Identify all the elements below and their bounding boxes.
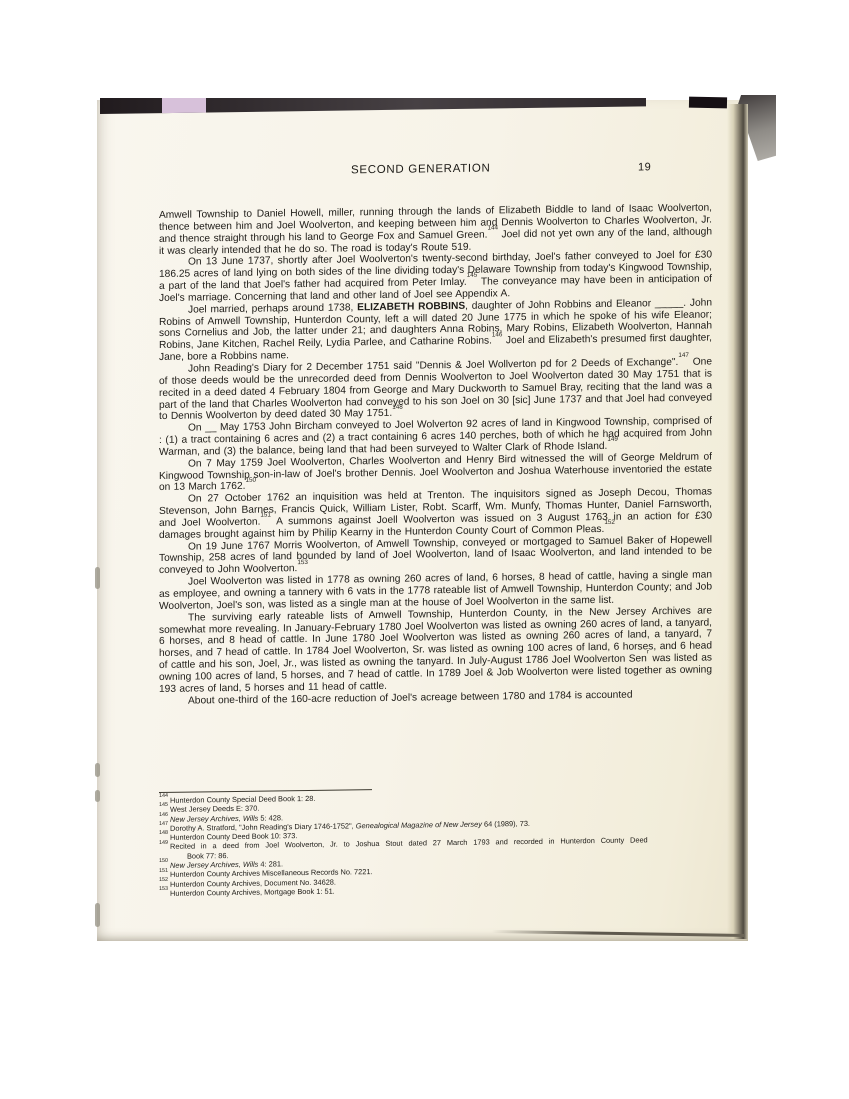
text-run: Genealogical Magazine of New Jersey <box>356 819 482 830</box>
superscript-footnote-ref: r <box>647 649 649 656</box>
body-paragraph: Joel married, perhaps around 1738, ELIZA… <box>159 297 712 364</box>
superscript-footnote-ref: 146 <box>492 331 503 338</box>
footnote-number: 146 <box>159 812 168 818</box>
superscript-footnote-ref: 145 <box>467 272 478 279</box>
text-run: Hunterdon County Archives, Mortgage Book… <box>170 887 335 898</box>
footnote-number: 144 <box>159 793 168 799</box>
body-paragraph: The surviving early rateable lists of Am… <box>159 605 712 695</box>
text-run: 4: 281. <box>258 859 283 868</box>
screenshot-root: { "scan": { "header": { "title": "SECOND… <box>0 0 849 1099</box>
page-number: 19 <box>638 161 651 173</box>
footnote-number: 147 <box>159 821 168 827</box>
footnote-number: 145 <box>159 802 168 808</box>
superscript-footnote-ref: 149 <box>607 436 618 443</box>
superscript-footnote-ref: 153 <box>297 559 308 566</box>
footnotes-block: 144Hunterdon County Special Deed Book 1:… <box>159 788 721 898</box>
footnote-number: 150 <box>159 858 168 864</box>
text-run: On 13 June 1737, shortly after Joel Wool… <box>159 250 712 292</box>
page-text-layer: SECOND GENERATION 19 Amwell Township to … <box>97 92 748 942</box>
footnote-number: 153 <box>159 886 168 892</box>
superscript-footnote-ref: 148 <box>392 403 403 410</box>
superscript-footnote-ref: 152 <box>604 519 615 526</box>
superscript-footnote-ref: 147 <box>678 352 689 359</box>
text-run: ELIZABETH ROBBINS <box>357 301 465 313</box>
footnote-rule <box>159 789 372 793</box>
body-paragraph: Amwell Township to Daniel Howell, miller… <box>159 202 712 257</box>
footnote-number: 149 <box>159 840 168 846</box>
text-run: 5: 428. <box>258 813 283 822</box>
scanned-book-page: SECOND GENERATION 19 Amwell Township to … <box>97 100 777 941</box>
footnote-number: 152 <box>159 877 168 883</box>
footnote-number: 148 <box>159 830 168 836</box>
superscript-footnote-ref: 144 <box>487 224 498 231</box>
text-run: Book 77: 86. <box>172 851 229 861</box>
body-paragraph: On 27 October 1762 an inquisition was he… <box>159 487 712 542</box>
body-paragraph: John Reading's Diary for 2 December 1751… <box>159 356 712 423</box>
body-text: Amwell Township to Daniel Howell, miller… <box>159 202 712 788</box>
superscript-footnote-ref: 150 <box>245 477 256 484</box>
text-run: The surviving early rateable lists of Am… <box>159 605 712 671</box>
page-heading: SECOND GENERATION <box>351 162 490 176</box>
body-paragraph: On 13 June 1737, shortly after Joel Wool… <box>159 250 712 305</box>
text-run: 64 (1989), 73. <box>482 819 530 829</box>
superscript-footnote-ref: 151 <box>260 512 271 519</box>
footnote-number: 151 <box>159 867 168 873</box>
